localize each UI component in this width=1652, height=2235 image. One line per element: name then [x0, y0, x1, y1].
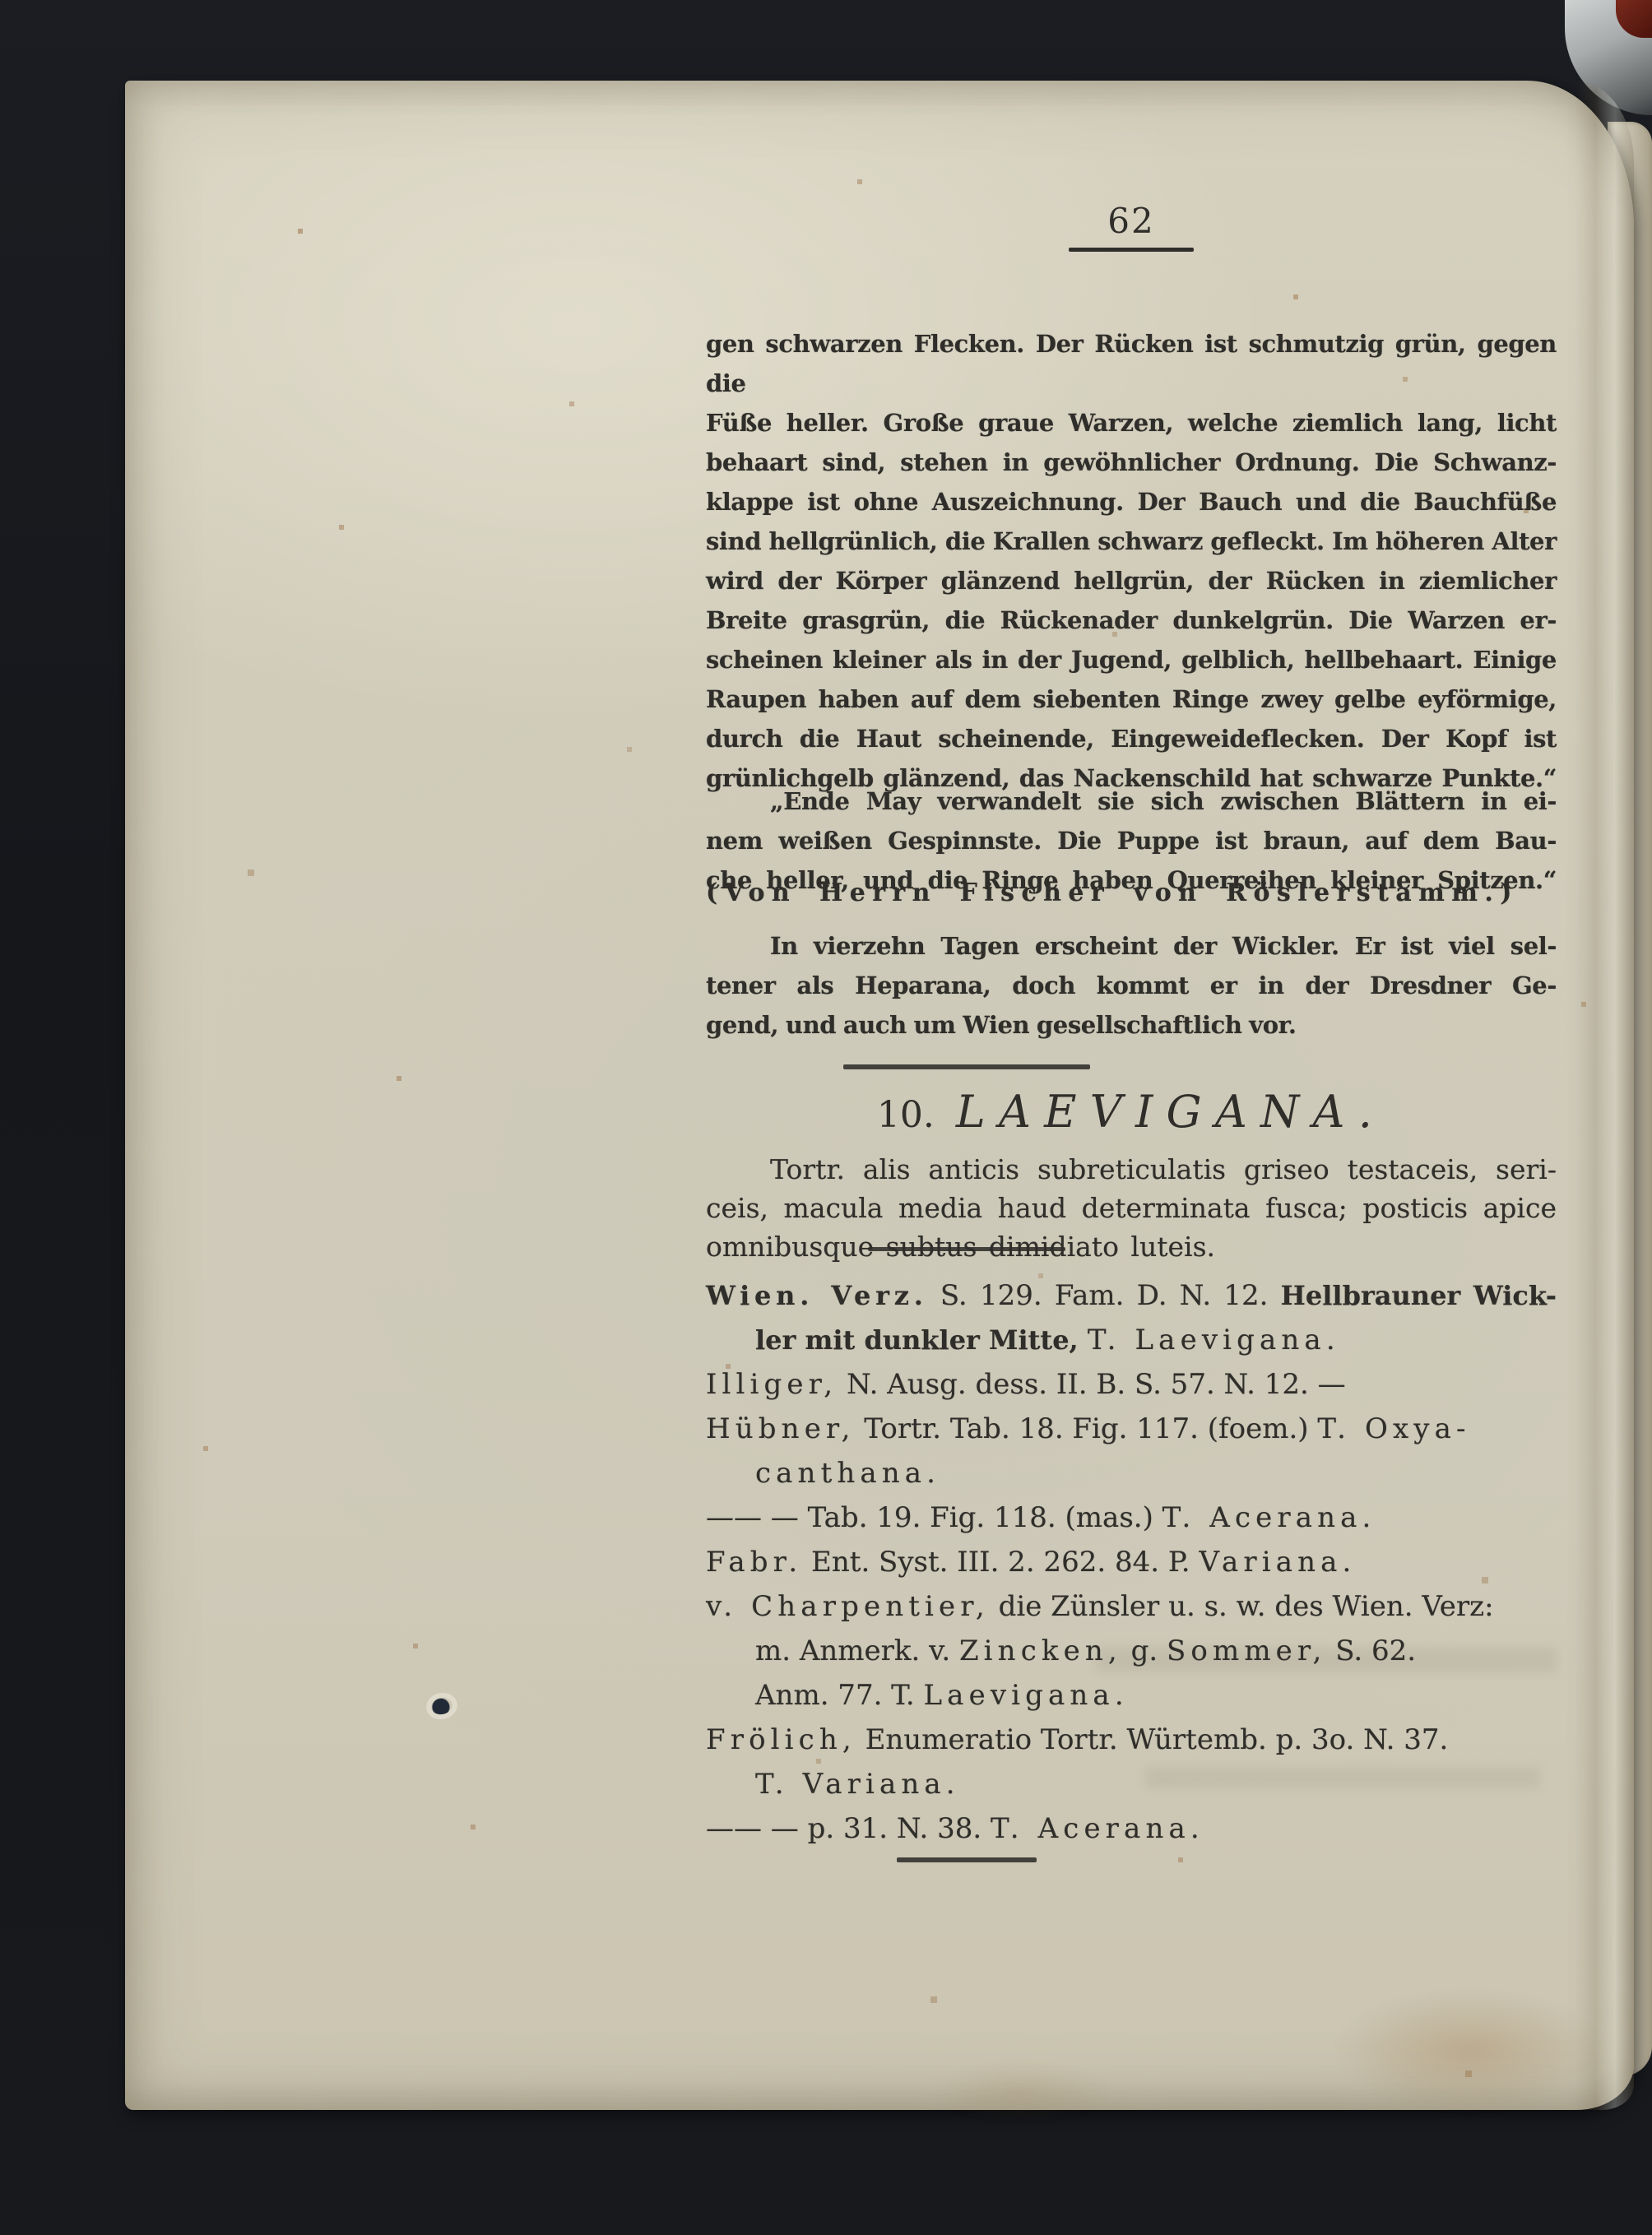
- text-line: gen schwarzen Flecken. Der Rücken ist sc…: [706, 324, 1557, 403]
- scanned-book-photo: 62 gen schwarzen Flecken. Der Rücken ist…: [0, 0, 1652, 2235]
- bibliography-entry: Frölich, Enumeratio Tortr. Würtemb. p. 3…: [706, 1718, 1557, 1762]
- bibliography-entry: T. Variana.: [706, 1762, 1557, 1806]
- text-segment: Enumeratio Tortr. Würtemb. p. 3o. N. 37.: [856, 1723, 1449, 1756]
- page-curl-shading: [1575, 81, 1634, 2110]
- text-segment: S. 129. Fam. D. N. 12.: [928, 1279, 1281, 1312]
- text-line: scheinen kleiner als in der Jugend, gelb…: [706, 640, 1557, 679]
- text-segment: m. Anmerk. v.: [755, 1635, 959, 1667]
- text-segment: ler mit dunkler Mitte,: [755, 1324, 1088, 1356]
- bibliography-entry: v. Charpentier, die Zünsler u. s. w. des…: [706, 1584, 1557, 1629]
- text-segment: —— — p. 31. N. 38.: [706, 1812, 991, 1845]
- text-segment: die Zünsler u. s. w. des Wien. Verz:: [990, 1590, 1494, 1623]
- paragraph-caterpillar-description: gen schwarzen Flecken. Der Rücken ist sc…: [706, 324, 1557, 798]
- page-number-underline: [1069, 248, 1194, 252]
- bibliography-entry: Wien. Verz. S. 129. Fam. D. N. 12. Hellb…: [706, 1273, 1557, 1318]
- ink-blot: [429, 1696, 454, 1717]
- text-segment: S. 62.: [1326, 1635, 1416, 1667]
- bibliography-entry: canthana.: [706, 1451, 1557, 1495]
- latin-diagnosis: Tortr. alis anticis subreticulatis grise…: [706, 1150, 1557, 1266]
- paper-stain: [1334, 1989, 1606, 2112]
- attribution-line: (Von Herrn Fischer von Röslerstamm.): [706, 879, 1557, 907]
- text-line: Füße heller. Große graue Warzen, welche …: [706, 403, 1557, 443]
- text-segment: Sommer,: [1167, 1635, 1327, 1667]
- text-segment: —— — Tab. 19. Fig. 118. (mas.): [706, 1501, 1162, 1534]
- text-segment: Tortr. Tab. 18. Fig. 117. (foem.): [856, 1412, 1318, 1445]
- text-line: ceis, macula media haud determinata fusc…: [706, 1189, 1557, 1227]
- text-segment: Hellbrauner Wick-: [1281, 1280, 1557, 1311]
- text-segment: Fabr.: [706, 1546, 802, 1579]
- text-line: wird der Körper glänzend hellgrün, der R…: [706, 561, 1557, 600]
- page-number: 62: [706, 201, 1557, 241]
- text-line: Breite grasgrün, die Rückenader dunkelgr…: [706, 600, 1557, 640]
- bibliography-list: Wien. Verz. S. 129. Fam. D. N. 12. Hellb…: [706, 1273, 1557, 1851]
- bibliography-entry: Anm. 77. T. Laevigana.: [706, 1673, 1557, 1718]
- text-line: behaart sind, stehen in gewöhnlicher Ord…: [706, 443, 1557, 482]
- text-line: tener als Heparana, doch kommt er in der…: [706, 966, 1557, 1005]
- text-segment: T. Acerana.: [1162, 1501, 1376, 1534]
- species-name: LAEVIGANA.: [956, 1086, 1385, 1138]
- text-segment: Variana.: [1199, 1546, 1356, 1579]
- text-segment: Hübner,: [706, 1412, 856, 1445]
- end-divider-rule: [897, 1857, 1037, 1862]
- text-segment: Frölich,: [706, 1723, 856, 1756]
- text-segment: Ent. Syst. III. 2. 262. 84. P.: [802, 1546, 1199, 1579]
- bibliography-entry: Fabr. Ent. Syst. III. 2. 262. 84. P. Var…: [706, 1540, 1557, 1584]
- text-line: Tortr. alis anticis subreticulatis grise…: [706, 1150, 1557, 1189]
- text-segment: T. Variana.: [755, 1768, 960, 1801]
- text-segment: N. Ausg. dess. II. B. S. 57. N. 12. —: [838, 1368, 1345, 1401]
- text-segment: canthana.: [755, 1457, 940, 1490]
- text-line: durch die Haut scheinende, Eingeweidefle…: [706, 719, 1557, 758]
- text-segment: Wien. Verz.: [706, 1280, 928, 1311]
- text-line: sind hellgrünlich, die Krallen schwarz g…: [706, 522, 1557, 561]
- section-divider-rule: [868, 1247, 1065, 1251]
- species-heading: 10.LAEVIGANA.: [706, 1086, 1557, 1138]
- bibliography-entry: m. Anmerk. v. Zincken, g. Sommer, S. 62.: [706, 1629, 1557, 1673]
- text-segment: Laevigana.: [923, 1679, 1128, 1712]
- text-segment: Anm. 77. T.: [755, 1679, 923, 1712]
- book-page: 62 gen schwarzen Flecken. Der Rücken ist…: [125, 81, 1634, 2110]
- section-divider-rule: [843, 1064, 1090, 1069]
- paper-speckles: [125, 81, 127, 82]
- text-line: In vierzehn Tagen erscheint der Wickler.…: [706, 926, 1557, 966]
- bibliography-entry: Illiger, N. Ausg. dess. II. B. S. 57. N.…: [706, 1362, 1557, 1407]
- page-header: 62: [706, 201, 1557, 252]
- text-line: Raupen haben auf dem siebenten Ringe zwe…: [706, 679, 1557, 719]
- text-segment: v. Charpentier,: [706, 1590, 990, 1623]
- text-segment: T. Laevigana.: [1088, 1324, 1340, 1356]
- text-line: klappe ist ohne Auszeichnung. Der Bauch …: [706, 482, 1557, 522]
- paragraph-occurrence: In vierzehn Tagen erscheint der Wickler.…: [706, 926, 1557, 1045]
- text-line: omnibusque subtus dimidiato luteis.: [706, 1227, 1557, 1266]
- text-segment: Zincken,: [959, 1635, 1122, 1667]
- paper-stain: [931, 2063, 1112, 2121]
- text-line: nem weißen Gespinnste. Die Puppe ist bra…: [706, 821, 1557, 860]
- text-segment: T. Oxya-: [1317, 1412, 1470, 1445]
- text-line: „Ende May verwandelt sie sich zwischen B…: [706, 781, 1557, 821]
- text-segment: g.: [1122, 1635, 1167, 1667]
- bibliography-entry: —— — Tab. 19. Fig. 118. (mas.) T. Aceran…: [706, 1495, 1557, 1540]
- bibliography-entry: ler mit dunkler Mitte, T. Laevigana.: [706, 1318, 1557, 1362]
- species-number: 10.: [877, 1094, 935, 1136]
- bibliography-entry: Hübner, Tortr. Tab. 18. Fig. 117. (foem.…: [706, 1407, 1557, 1451]
- text-segment: T. Acerana.: [991, 1812, 1204, 1845]
- text-line: gend, und auch um Wien gesellschaftlich …: [706, 1005, 1557, 1045]
- text-segment: Illiger,: [706, 1368, 838, 1401]
- bibliography-entry: —— — p. 31. N. 38. T. Acerana.: [706, 1806, 1557, 1851]
